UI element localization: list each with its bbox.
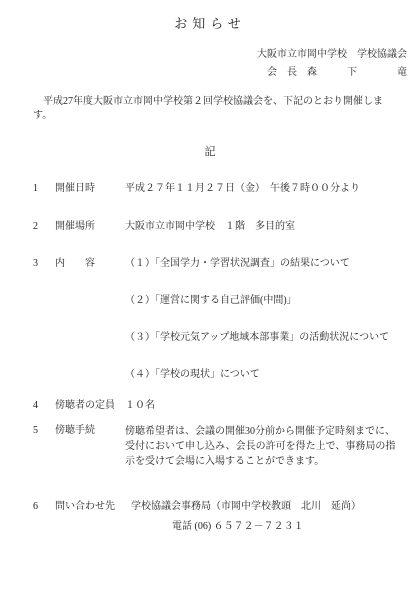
- item-content-capacity: １０名: [125, 399, 400, 412]
- item-number: 3: [33, 257, 55, 270]
- item-label: 傍聴者の定員: [55, 399, 125, 412]
- item-number: 6: [33, 500, 55, 513]
- notice-document: お知らせ 大阪市立市岡中学校 学校協議会 会 長 森 下 竜 平成27年度大阪市…: [0, 0, 420, 600]
- item-content-place: 大阪市立市岡中学校 １階 多目的室: [125, 220, 400, 233]
- chairperson-name: 会 長 森 下 竜: [0, 66, 407, 79]
- item-content-procedure: 傍聴希望者は、会議の開催30分前から開催予定時刻までに、受付において申し込み、会…: [125, 424, 400, 469]
- notice-title: お知らせ: [0, 15, 420, 32]
- organization-name: 大阪市立市岡中学校 学校協議会: [0, 48, 407, 61]
- item-number: 4: [33, 399, 55, 412]
- item-row-contact: 6 問い合わせ先 学校協議会事務局（市岡中学校教頭 北川 延尚） 電話 (06)…: [33, 500, 400, 534]
- item-row-date: 1 開催日時 平成２７年１１月２７日（金） 午後７時００分より: [33, 182, 400, 195]
- item-content-date: 平成２７年１１月２７日（金） 午後７時００分より: [125, 182, 400, 195]
- agenda-item-1: （１）「全国学力・学習状況調査」の結果について: [125, 257, 400, 270]
- contact-office: 学校協議会事務局（市岡中学校教頭 北川 延尚）: [131, 500, 400, 513]
- agenda-list: （１）「全国学力・学習状況調査」の結果について （２）「運営に関する自己評価(中…: [125, 257, 400, 381]
- item-label: 開催日時: [55, 182, 125, 195]
- item-number: 5: [33, 424, 55, 437]
- item-label: 問い合わせ先: [55, 500, 125, 513]
- agenda-item-4: （４）「学校の現状」について: [125, 368, 400, 381]
- item-row-place: 2 開催場所 大阪市立市岡中学校 １階 多目的室: [33, 220, 400, 233]
- item-number: 2: [33, 220, 55, 233]
- item-content-contact: 学校協議会事務局（市岡中学校教頭 北川 延尚） 電話 (06) ６５７２－７２３…: [125, 500, 400, 534]
- agenda-item-3: （３）「学校元気アップ地域本部事業」の活動状況について: [125, 331, 400, 344]
- header-right-block: 大阪市立市岡中学校 学校協議会 会 長 森 下 竜: [0, 48, 420, 79]
- item-number: 1: [33, 182, 55, 195]
- items-list: 1 開催日時 平成２７年１１月２７日（金） 午後７時００分より 2 開催場所 大…: [0, 182, 420, 534]
- agenda-item-2: （２）「運営に関する自己評価(中間)」: [125, 294, 400, 307]
- item-row-capacity: 4 傍聴者の定員 １０名: [33, 399, 400, 412]
- intro-paragraph: 平成27年度大阪市立市岡中学校第２回学校協議会を、下記のとおり開催します。: [0, 95, 420, 123]
- item-row-procedure: 5 傍聴手続 傍聴希望者は、会議の開催30分前から開催予定時刻までに、受付におい…: [33, 424, 400, 469]
- item-label: 開催場所: [55, 220, 125, 233]
- item-label: 傍聴手続: [55, 424, 125, 437]
- record-mark: 記: [0, 145, 420, 159]
- contact-phone: 電話 (06) ６５７２－７２３１: [131, 520, 400, 534]
- item-label: 内 容: [55, 257, 125, 270]
- item-row-agenda: 3 内 容 （１）「全国学力・学習状況調査」の結果について （２）「運営に関する…: [33, 257, 400, 381]
